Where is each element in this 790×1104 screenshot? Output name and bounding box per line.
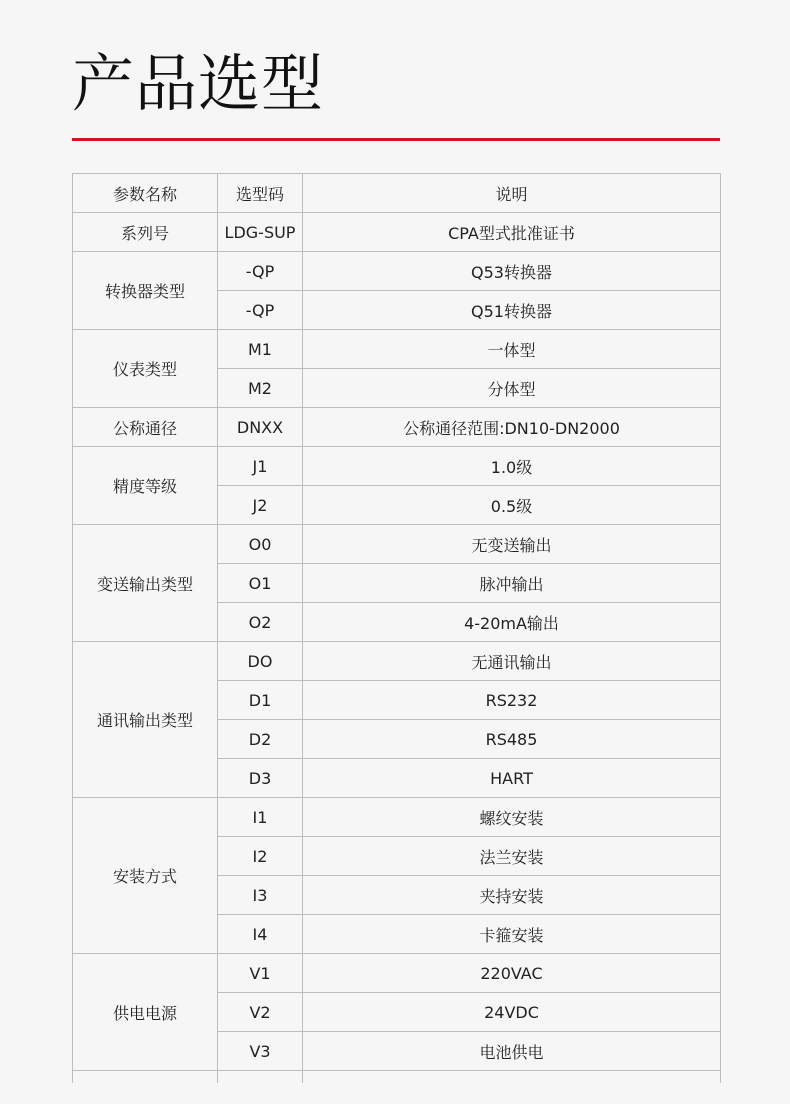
- code-cell: -QP: [218, 291, 303, 330]
- param-name: 精度等级: [73, 447, 218, 525]
- product-selection-table: 参数名称 选型码 说明 系列号 LDG-SUP CPA型式批准证书 转换器类型 …: [72, 173, 721, 1083]
- desc-cell: 卡箍安装: [303, 915, 721, 954]
- desc-cell: 电池供电: [303, 1032, 721, 1071]
- param-name: 安装方式: [73, 798, 218, 954]
- code-cell: -QP: [218, 252, 303, 291]
- code-cell: I4: [218, 915, 303, 954]
- param-name: 变送输出类型: [73, 525, 218, 642]
- code-cell: D2: [218, 720, 303, 759]
- param-name: 转换器类型: [73, 252, 218, 330]
- param-name: 通讯输出类型: [73, 642, 218, 798]
- desc-cell: RS485: [303, 720, 721, 759]
- code-cell: O1: [218, 564, 303, 603]
- code-cell: M1: [218, 330, 303, 369]
- code-cell: [218, 1071, 303, 1084]
- header-code: 选型码: [218, 174, 303, 213]
- code-cell: I2: [218, 837, 303, 876]
- table-row: 仪表类型 M1 一体型: [73, 330, 721, 369]
- code-cell: J2: [218, 486, 303, 525]
- code-cell: DNXX: [218, 408, 303, 447]
- desc-cell: 螺纹安装: [303, 798, 721, 837]
- code-cell: M2: [218, 369, 303, 408]
- table-header-row: 参数名称 选型码 说明: [73, 174, 721, 213]
- desc-cell: 脉冲输出: [303, 564, 721, 603]
- param-name: 供电电源: [73, 954, 218, 1071]
- code-cell: DO: [218, 642, 303, 681]
- table-row: 安装方式 I1 螺纹安装: [73, 798, 721, 837]
- desc-cell: 夹持安装: [303, 876, 721, 915]
- desc-cell: 无通讯输出: [303, 642, 721, 681]
- param-name: 仪表类型: [73, 330, 218, 408]
- desc-cell: 法兰安装: [303, 837, 721, 876]
- desc-cell: 公称通径范围:DN10-DN2000: [303, 408, 721, 447]
- desc-cell: 分体型: [303, 369, 721, 408]
- desc-cell: Q51转换器: [303, 291, 721, 330]
- desc-cell: 0.5级: [303, 486, 721, 525]
- title-divider: [72, 138, 720, 141]
- table-row-partial: [73, 1071, 721, 1084]
- code-cell: V1: [218, 954, 303, 993]
- code-cell: LDG-SUP: [218, 213, 303, 252]
- page-title: 产品选型: [72, 44, 324, 124]
- code-cell: V2: [218, 993, 303, 1032]
- code-cell: O0: [218, 525, 303, 564]
- code-cell: O2: [218, 603, 303, 642]
- desc-cell: 220VAC: [303, 954, 721, 993]
- code-cell: J1: [218, 447, 303, 486]
- desc-cell: 一体型: [303, 330, 721, 369]
- code-cell: D3: [218, 759, 303, 798]
- desc-cell: 1.0级: [303, 447, 721, 486]
- desc-cell: HART: [303, 759, 721, 798]
- desc-cell: 4-20mA输出: [303, 603, 721, 642]
- code-cell: I3: [218, 876, 303, 915]
- desc-cell: Q53转换器: [303, 252, 721, 291]
- param-name: 系列号: [73, 213, 218, 252]
- table-row: 转换器类型 -QP Q53转换器: [73, 252, 721, 291]
- table-row: 精度等级 J1 1.0级: [73, 447, 721, 486]
- desc-cell: 无变送输出: [303, 525, 721, 564]
- header-param-name: 参数名称: [73, 174, 218, 213]
- param-name: 公称通径: [73, 408, 218, 447]
- code-cell: I1: [218, 798, 303, 837]
- table-row: 通讯输出类型 DO 无通讯输出: [73, 642, 721, 681]
- header-description: 说明: [303, 174, 721, 213]
- desc-cell: RS232: [303, 681, 721, 720]
- code-cell: D1: [218, 681, 303, 720]
- table-row: 供电电源 V1 220VAC: [73, 954, 721, 993]
- desc-cell: CPA型式批准证书: [303, 213, 721, 252]
- table-row: 系列号 LDG-SUP CPA型式批准证书: [73, 213, 721, 252]
- desc-cell: [303, 1071, 721, 1084]
- code-cell: V3: [218, 1032, 303, 1071]
- param-name: [73, 1071, 218, 1084]
- table-row: 变送输出类型 O0 无变送输出: [73, 525, 721, 564]
- table-row: 公称通径 DNXX 公称通径范围:DN10-DN2000: [73, 408, 721, 447]
- desc-cell: 24VDC: [303, 993, 721, 1032]
